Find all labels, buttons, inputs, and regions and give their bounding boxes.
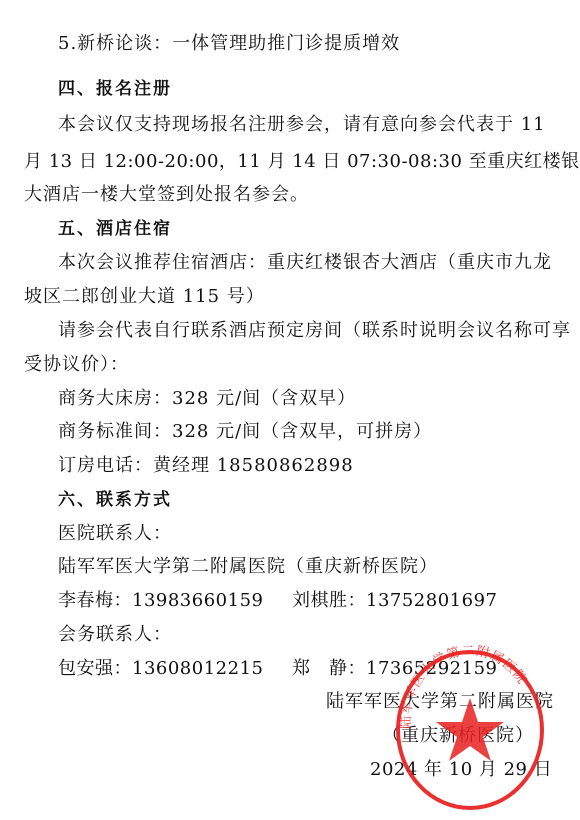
hospital-contact-1: 李春梅：13983660159 bbox=[58, 589, 263, 613]
section-6-heading: 六、联系方式 bbox=[58, 488, 172, 512]
signature-date: 2024 年 10 月 29 日 bbox=[370, 758, 552, 782]
signature-org-alias: （重庆新桥医院） bbox=[382, 724, 534, 748]
room-standard: 商务标准间：328 元/间（含双早，可拼房） bbox=[58, 420, 432, 444]
affairs-contact-label: 会务联系人： bbox=[58, 623, 172, 647]
agenda-item-5: 5.新桥论谈：一体管理助推门诊提质增效 bbox=[58, 32, 400, 56]
section-4-para-line3: 大酒店一楼大堂签到处报名参会。 bbox=[24, 183, 309, 207]
section-4-para-line2: 月 13 日 12:00-20:00，11 月 14 日 07:30-08:30… bbox=[24, 150, 580, 174]
section-4-heading: 四、报名注册 bbox=[58, 77, 172, 101]
hotel-line1: 本次会议推荐住宿酒店：重庆红楼银杏大酒店（重庆市九龙 bbox=[58, 251, 552, 275]
hotel-line2: 坡区二郎创业大道 115 号） bbox=[24, 285, 265, 309]
contact-hotel-line2: 受协议价）： bbox=[24, 353, 129, 377]
section-4-para-line1: 本会议仅支持现场报名注册参会，请有意向参会代表于 11 bbox=[58, 113, 546, 137]
signature-org: 陆军军医大学第二附属医院 bbox=[326, 690, 554, 714]
hospital-name: 陆军军医大学第二附属医院（重庆新桥医院） bbox=[58, 555, 438, 579]
hospital-contact-label: 医院联系人： bbox=[58, 522, 172, 546]
contact-hotel-line1: 请参会代表自行联系酒店预定房间（联系时说明会议名称可享 bbox=[58, 319, 571, 343]
affairs-contact-1: 包安强：13608012215 bbox=[58, 657, 263, 681]
booking-phone: 订房电话：黄经理 18580862898 bbox=[58, 454, 354, 478]
hospital-contact-2: 刘棋胜：13752801697 bbox=[292, 589, 497, 613]
affairs-contact-2: 郑 静：17365292159 bbox=[292, 657, 497, 681]
room-king: 商务大床房：328 元/间（含双早） bbox=[58, 387, 356, 411]
section-5-heading: 五、酒店住宿 bbox=[58, 217, 172, 241]
